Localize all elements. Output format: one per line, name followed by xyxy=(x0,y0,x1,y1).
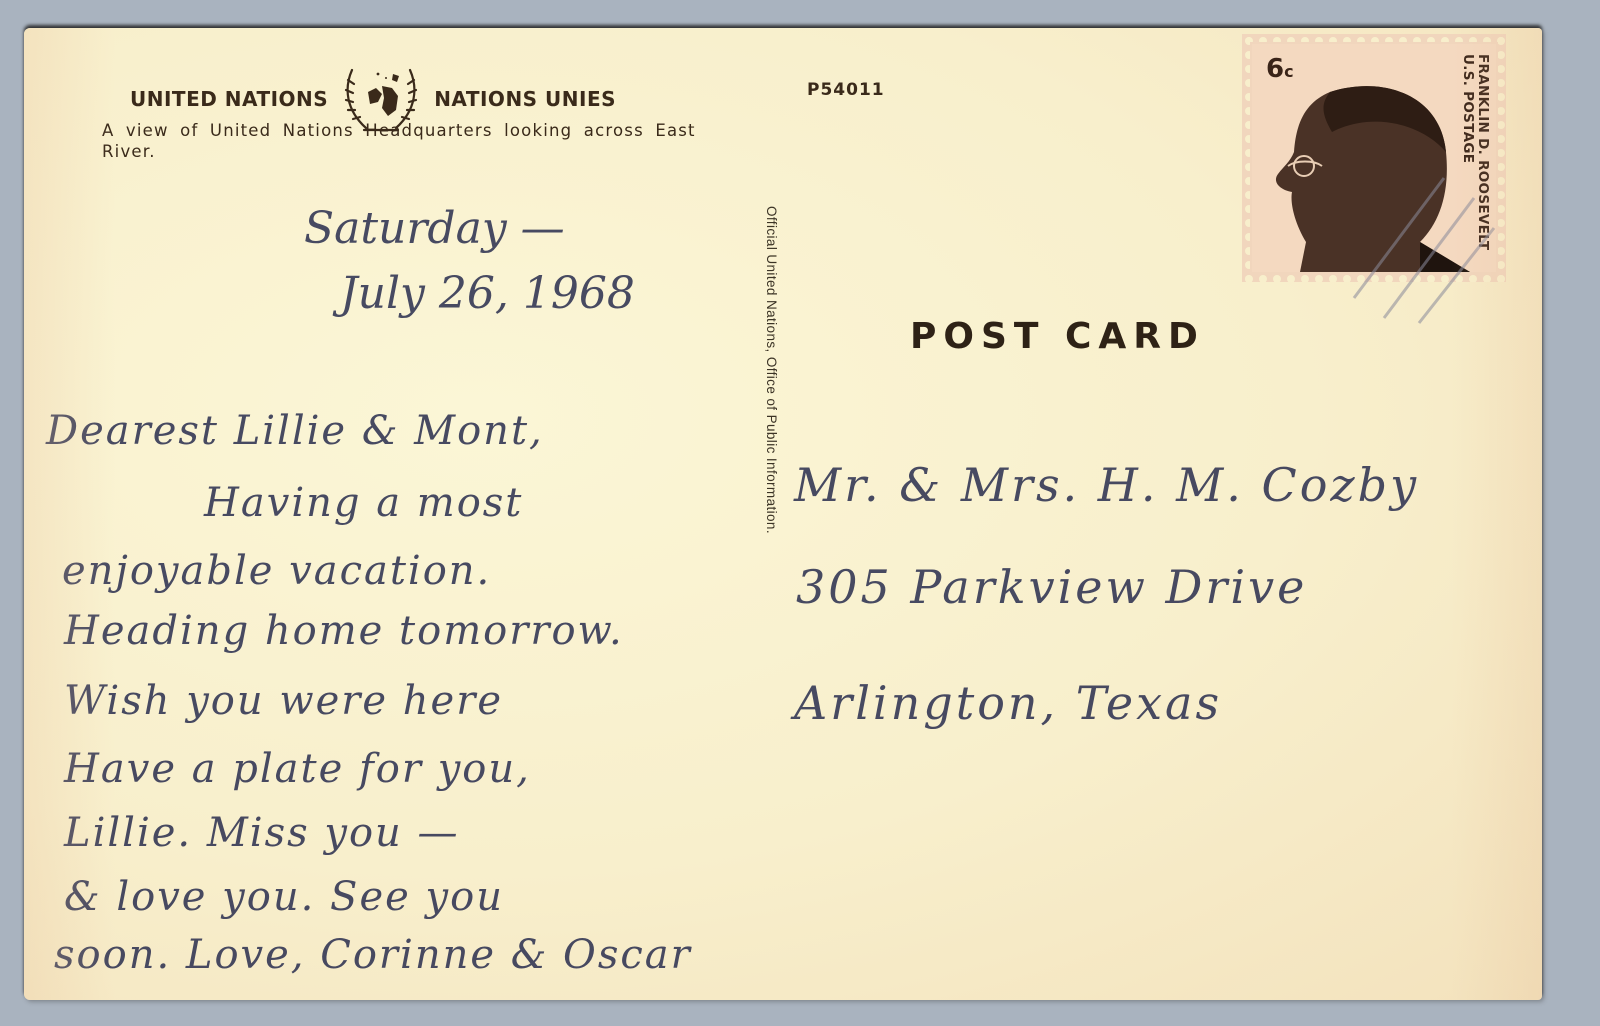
address-recipient: Mr. & Mrs. H. M. Cozby xyxy=(794,458,1419,512)
catalog-code: P54011 xyxy=(807,80,885,100)
header-title-english: UNITED NATIONS xyxy=(130,87,328,111)
message-line: & love you. See you xyxy=(64,874,504,920)
message-line: enjoyable vacation. xyxy=(62,548,491,594)
message-line: Wish you were here xyxy=(64,678,503,724)
post-card-title: POST CARD xyxy=(910,316,1205,357)
message-line: Having a most xyxy=(204,480,523,526)
postcard: UNITED NATIONS NATIONS UNIES A view of U… xyxy=(24,28,1542,1000)
address-street: 305 Parkview Drive xyxy=(796,560,1307,614)
postmark-cancel-lines xyxy=(1324,148,1524,328)
message-line: soon. Love, Corinne & Oscar xyxy=(54,932,692,978)
message-line: Have a plate for you, xyxy=(64,746,531,792)
publisher-credit: Official United Nations, Office of Publi… xyxy=(764,206,779,534)
message-date: July 26, 1968 xyxy=(340,268,635,319)
message-line: Dearest Lillie & Mont, xyxy=(46,408,544,454)
message-line: Lillie. Miss you — xyxy=(64,810,460,856)
header-title-french: NATIONS UNIES xyxy=(434,87,616,111)
stamp-denomination: 6c xyxy=(1266,54,1294,84)
address-city: Arlington, Texas xyxy=(794,676,1222,730)
message-line: Heading home tomorrow. xyxy=(64,608,624,654)
message-day: Saturday — xyxy=(304,203,565,254)
postcard-caption: A view of United Nations Headquarters lo… xyxy=(102,120,742,162)
